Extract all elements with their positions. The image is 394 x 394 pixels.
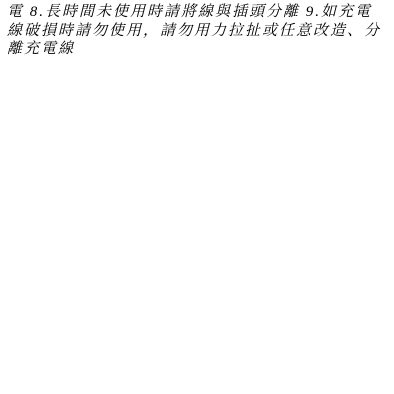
text-line-1: 電 8.長時間未使用時請將線與插頭分離 9.如充電 — [7, 3, 389, 22]
safety-instructions-text: 電 8.長時間未使用時請將線與插頭分離 9.如充電 線破損時請勿使用，請勿用力拉… — [7, 3, 389, 59]
text-line-3: 離充電線 — [7, 40, 389, 59]
text-line-2: 線破損時請勿使用，請勿用力拉扯或任意改造、分 — [7, 22, 389, 41]
